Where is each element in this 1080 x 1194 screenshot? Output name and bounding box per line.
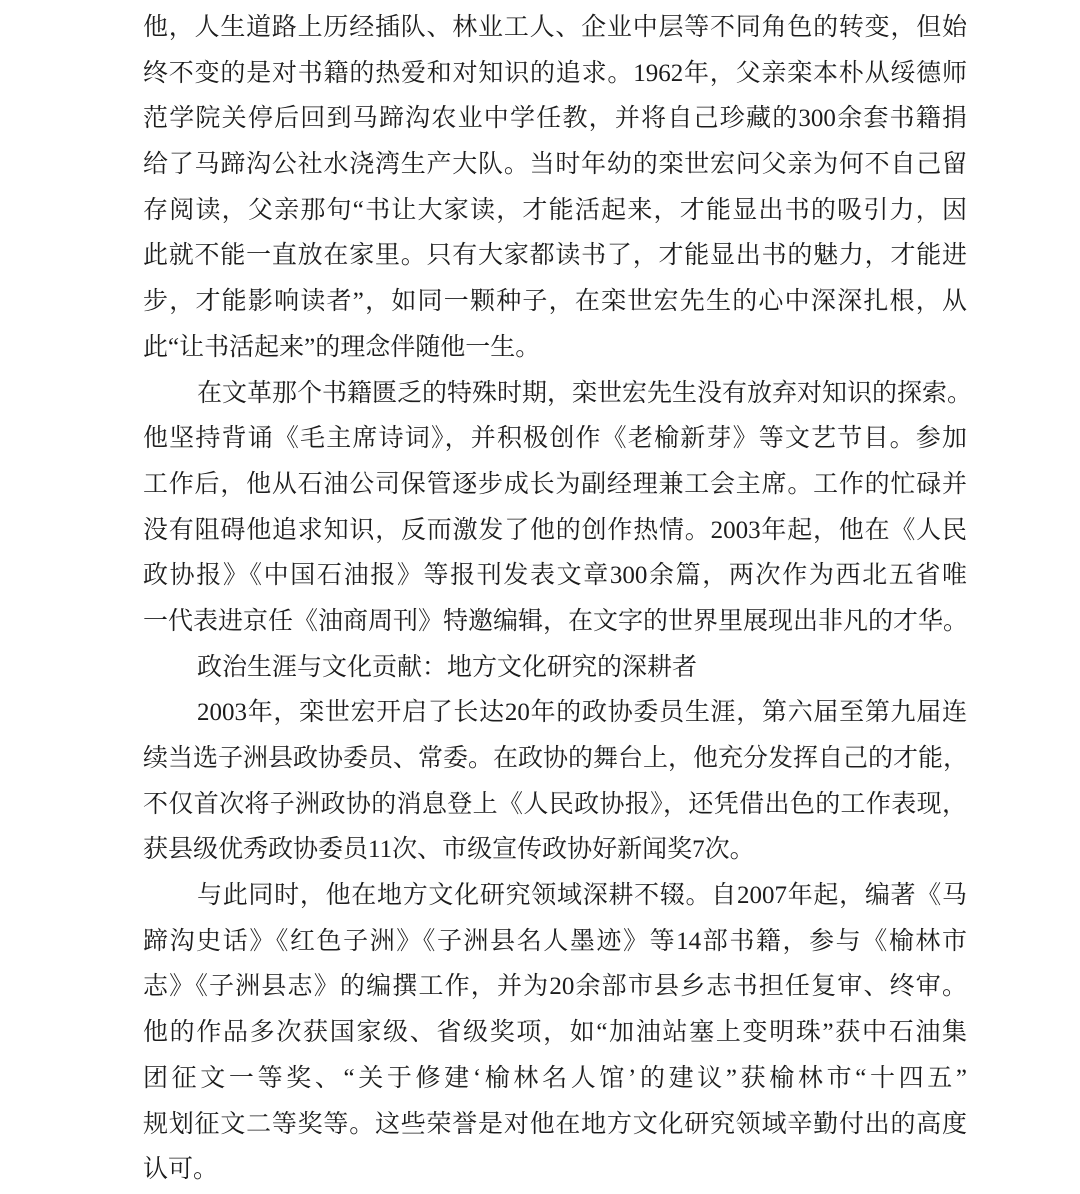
text-line: 此“让书活起来”的理念伴随他一生。 — [143, 325, 967, 371]
text-line: 一代表进京任《油商周刊》特邀编辑，在文字的世界里展现出非凡的才华。 — [143, 599, 967, 645]
text-line: 规划征文二等奖等。这些荣誉是对他在地方文化研究领域辛勤付出的高度 — [143, 1102, 967, 1148]
text-line: 给了马蹄沟公社水浇湾生产大队。当时年幼的栾世宏问父亲为何不自己留 — [143, 142, 967, 188]
text-line: 存阅读，父亲那句“书让大家读，才能活起来，才能显出书的吸引力，因 — [143, 188, 967, 234]
text-line: 他，人生道路上历经插队、林业工人、企业中层等不同角色的转变，但始 — [143, 5, 967, 51]
text-line: 获县级优秀政协委员11次、市级宣传政协好新闻奖7次。 — [143, 827, 967, 873]
text-line: 续当选子洲县政协委员、常委。在政协的舞台上，他充分发挥自己的才能， — [143, 736, 967, 782]
text-line: 认可。 — [143, 1147, 967, 1193]
text-line: 没有阻碍他追求知识，反而激发了他的创作热情。2003年起，他在《人民 — [143, 508, 967, 554]
text-line: 与此同时，他在地方文化研究领域深耕不辍。自2007年起，编著《马 — [143, 873, 967, 919]
text-line: 蹄沟史话》《红色子洲》《子洲县名人墨迹》等14部书籍，参与《榆林市 — [143, 919, 967, 965]
text-line: 2003年，栾世宏开启了长达20年的政协委员生涯，第六届至第九届连 — [143, 690, 967, 736]
text-line: 此就不能一直放在家里。只有大家都读书了，才能显出书的魅力，才能进 — [143, 233, 967, 279]
text-line: 政治生涯与文化贡献：地方文化研究的深耕者 — [143, 645, 967, 691]
text-line: 志》《子洲县志》的编撰工作，并为20余部市县乡志书担任复审、终审。 — [143, 964, 967, 1010]
text-line: 他坚持背诵《毛主席诗词》，并积极创作《老榆新芽》等文艺节目。参加 — [143, 416, 967, 462]
document-page: 他，人生道路上历经插队、林业工人、企业中层等不同角色的转变，但始终不变的是对书籍… — [0, 0, 1080, 1194]
text-line: 政协报》《中国石油报》等报刊发表文章300余篇，两次作为西北五省唯 — [143, 553, 967, 599]
page-background: { "page": { "background_color": "#ffffff… — [0, 0, 1080, 1194]
text-line: 范学院关停后回到马蹄沟农业中学任教，并将自己珍藏的300余套书籍捐 — [143, 96, 967, 142]
text-line: 不仅首次将子洲政协的消息登上《人民政协报》，还凭借出色的工作表现， — [143, 782, 967, 828]
text-line: 团征文一等奖、“关于修建‘榆林名人馆’的建议”获榆林市“十四五” — [143, 1056, 967, 1102]
text-line: 工作后，他从石油公司保管逐步成长为副经理兼工会主席。工作的忙碌并 — [143, 462, 967, 508]
text-line: 终不变的是对书籍的热爱和对知识的追求。1962年，父亲栾本朴从绥德师 — [143, 51, 967, 97]
text-line: 他的作品多次获国家级、省级奖项，如“加油站塞上变明珠”获中石油集 — [143, 1010, 967, 1056]
text-line: 在文革那个书籍匮乏的特殊时期，栾世宏先生没有放弃对知识的探索。 — [143, 371, 967, 417]
text-line: 步，才能影响读者”，如同一颗种子，在栾世宏先生的心中深深扎根，从 — [143, 279, 967, 325]
